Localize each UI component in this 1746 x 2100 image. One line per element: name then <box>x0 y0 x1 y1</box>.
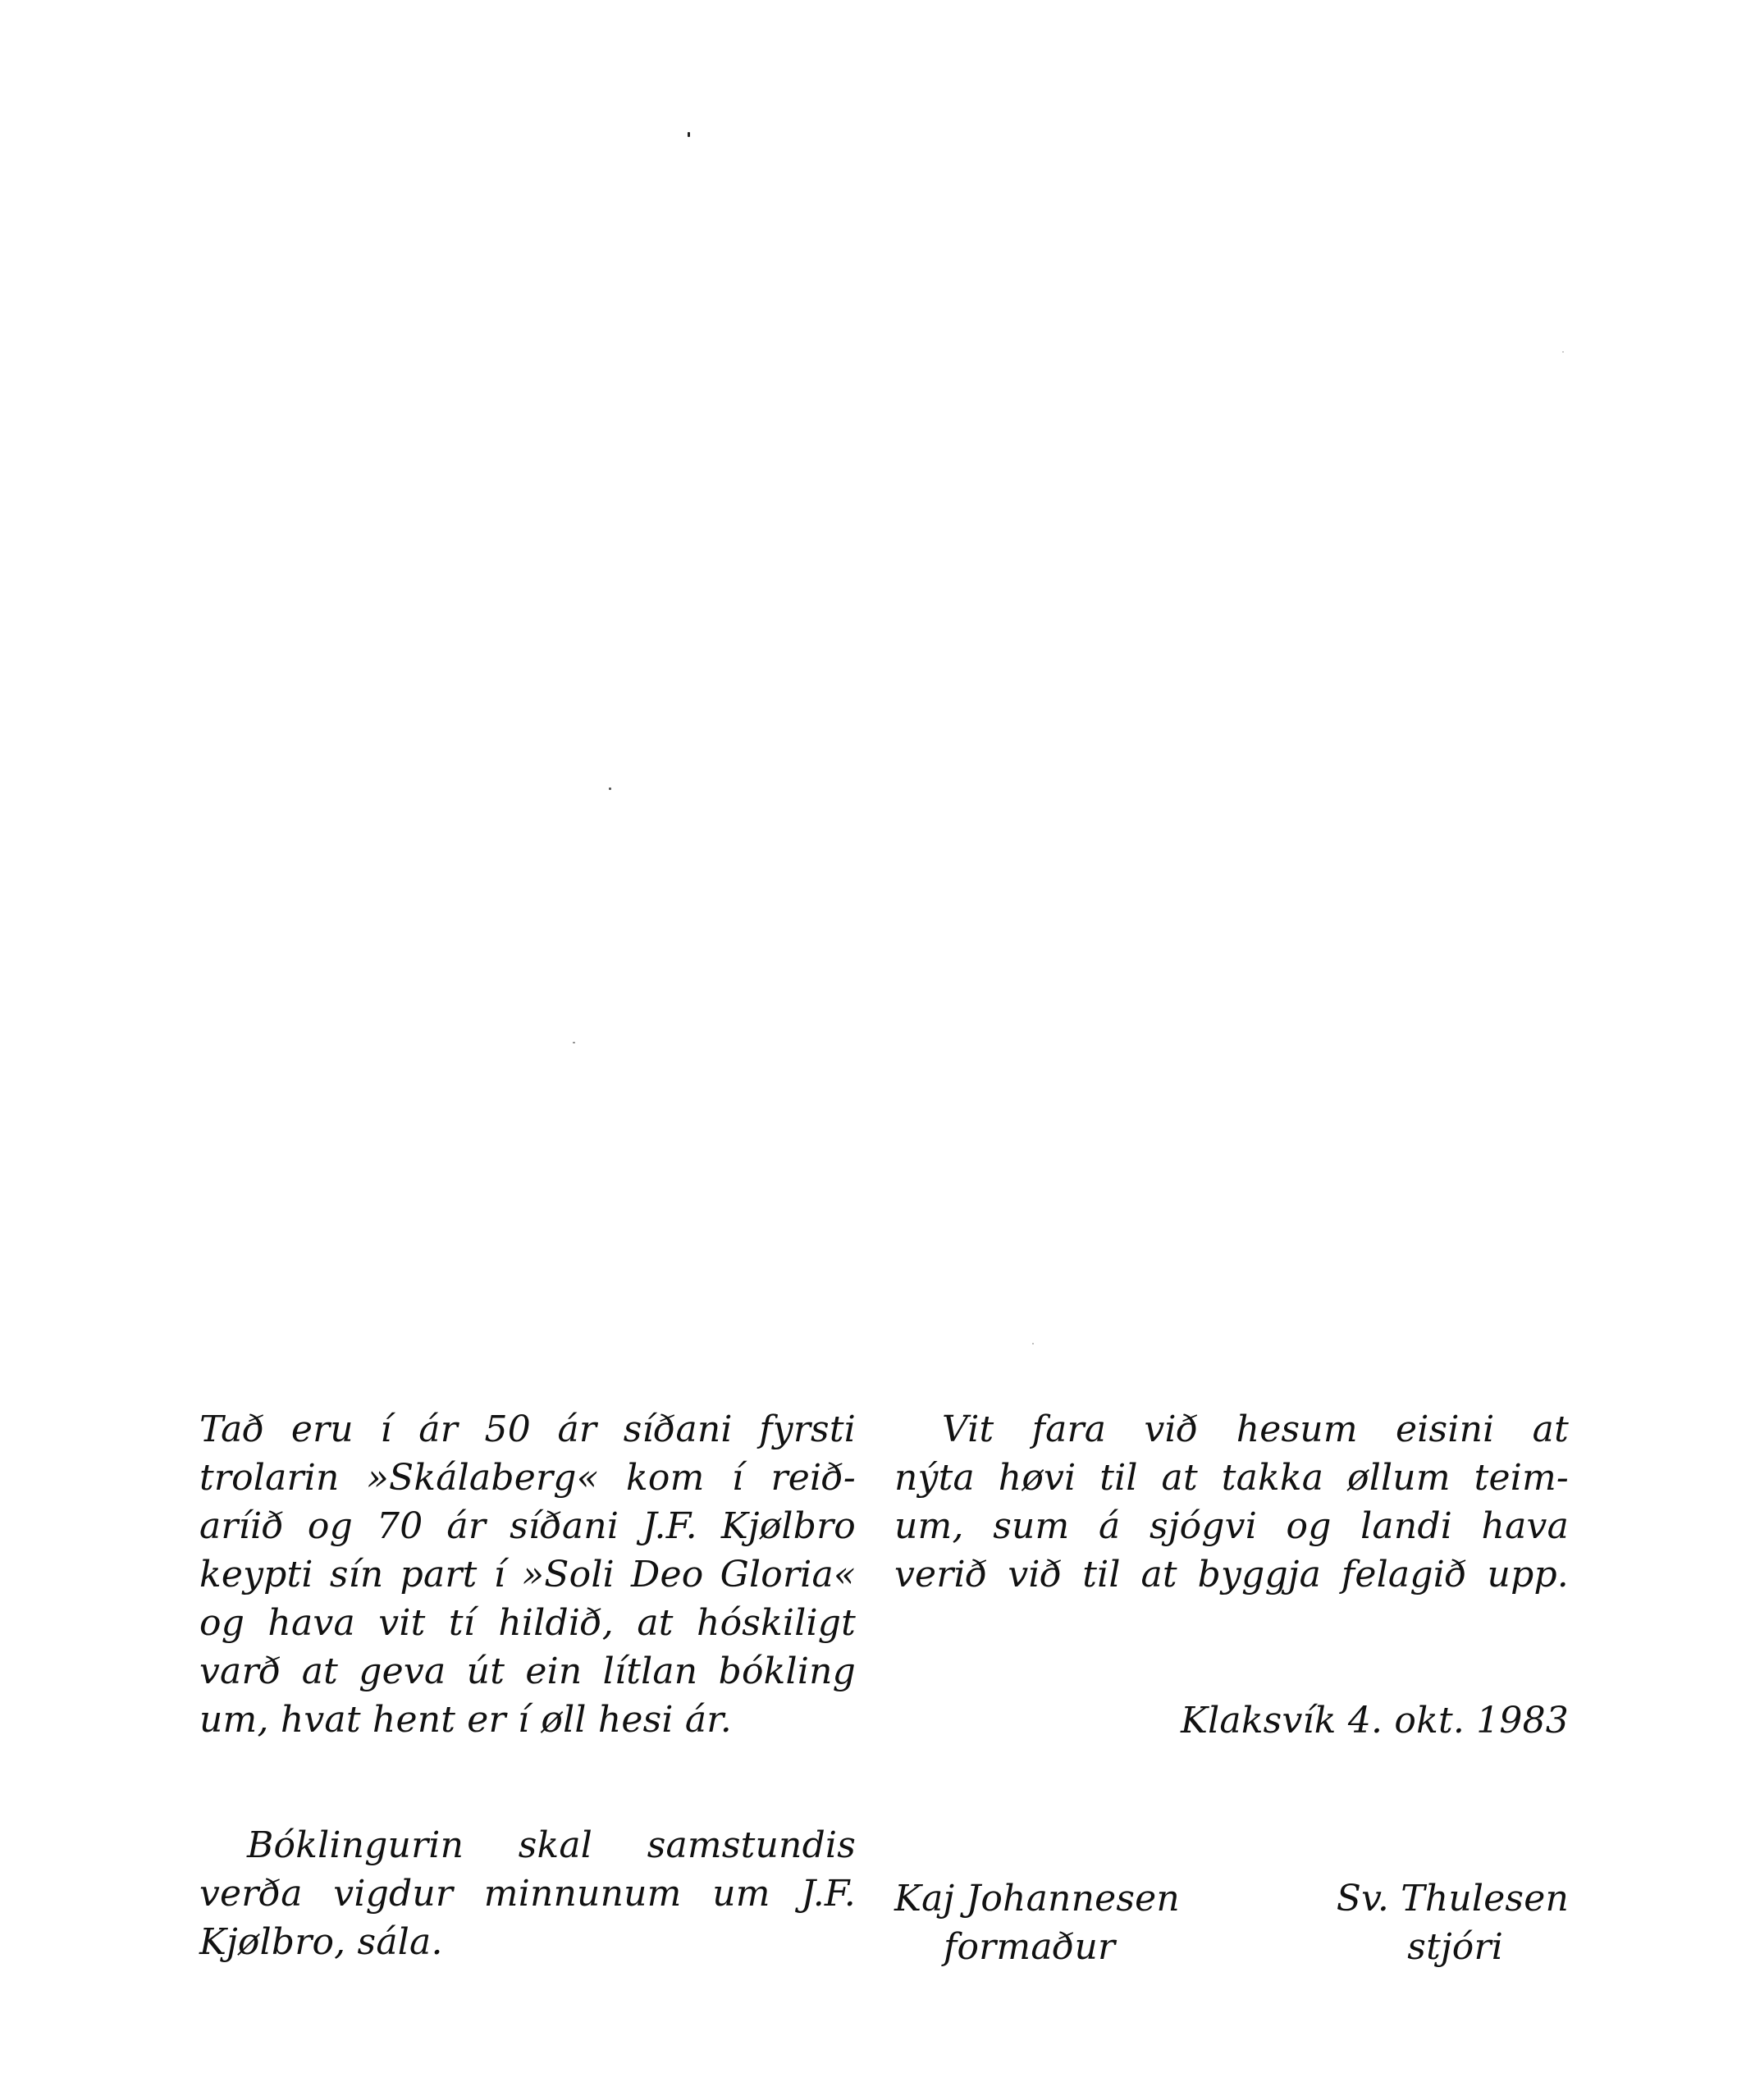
scan-speck <box>688 132 690 137</box>
text-line: verða vigdur minnunum um J.F. <box>199 1869 856 1918</box>
scan-speck <box>573 1042 575 1043</box>
text-line: um, hvat hent er í øll hesi ár. <box>199 1696 856 1744</box>
signature-chairman: Kaj Johannesen formaður <box>894 1874 1180 1971</box>
text-line: keypti sín part í »Soli Deo Gloria« <box>199 1550 856 1599</box>
text-line: varð at geva út ein lítlan bókling <box>199 1647 856 1696</box>
left-column: Tað eru í ár 50 ár síðani fyrsti trolari… <box>199 1405 856 1966</box>
signature-director: Sv. Thulesen stjóri <box>1337 1874 1569 1971</box>
scan-speck <box>1032 1343 1034 1344</box>
scan-speck <box>609 787 611 790</box>
text-line: og hava vit tí hildið, at hóskiligt <box>199 1599 856 1647</box>
signatory-title: formaður <box>894 1923 1115 1971</box>
signatory-name: Sv. Thulesen <box>1337 1874 1569 1923</box>
text-line: um, sum á sjógvi og landi hava <box>894 1502 1569 1550</box>
text-line: Bóklingurin skal samstundis <box>199 1821 856 1869</box>
signatory-name: Kaj Johannesen <box>894 1874 1180 1923</box>
right-column: Vit fara við hesum eisini at nýta høvi t… <box>894 1405 1569 1971</box>
intro-paragraph: Tað eru í ár 50 ár síðani fyrsti trolari… <box>199 1405 856 1744</box>
text-line: verið við til at byggja felagið upp. <box>894 1550 1569 1599</box>
text-line: Vit fara við hesum eisini at <box>894 1405 1569 1454</box>
document-page: Tað eru í ár 50 ár síðani fyrsti trolari… <box>0 0 1746 2100</box>
scan-speck <box>1562 351 1564 353</box>
thanks-paragraph: Vit fara við hesum eisini at nýta høvi t… <box>894 1405 1569 1599</box>
text-line: aríið og 70 ár síðani J.F. Kjølbro <box>199 1502 856 1550</box>
text-line: Tað eru í ár 50 ár síðani fyrsti <box>199 1405 856 1454</box>
text-line: nýta høvi til at takka øllum teim- <box>894 1454 1569 1502</box>
text-line: Kjølbro, sála. <box>199 1918 856 1966</box>
signatory-title: stjóri <box>1407 1923 1569 1971</box>
dedication-paragraph: Bóklingurin skal samstundis verða vigdur… <box>199 1821 856 1966</box>
text-line: trolarin »Skálaberg« kom í reið- <box>199 1454 856 1502</box>
place-and-date: Klaksvík 4. okt. 1983 <box>894 1696 1569 1745</box>
signature-block: Kaj Johannesen formaður Sv. Thulesen stj… <box>894 1874 1569 1971</box>
